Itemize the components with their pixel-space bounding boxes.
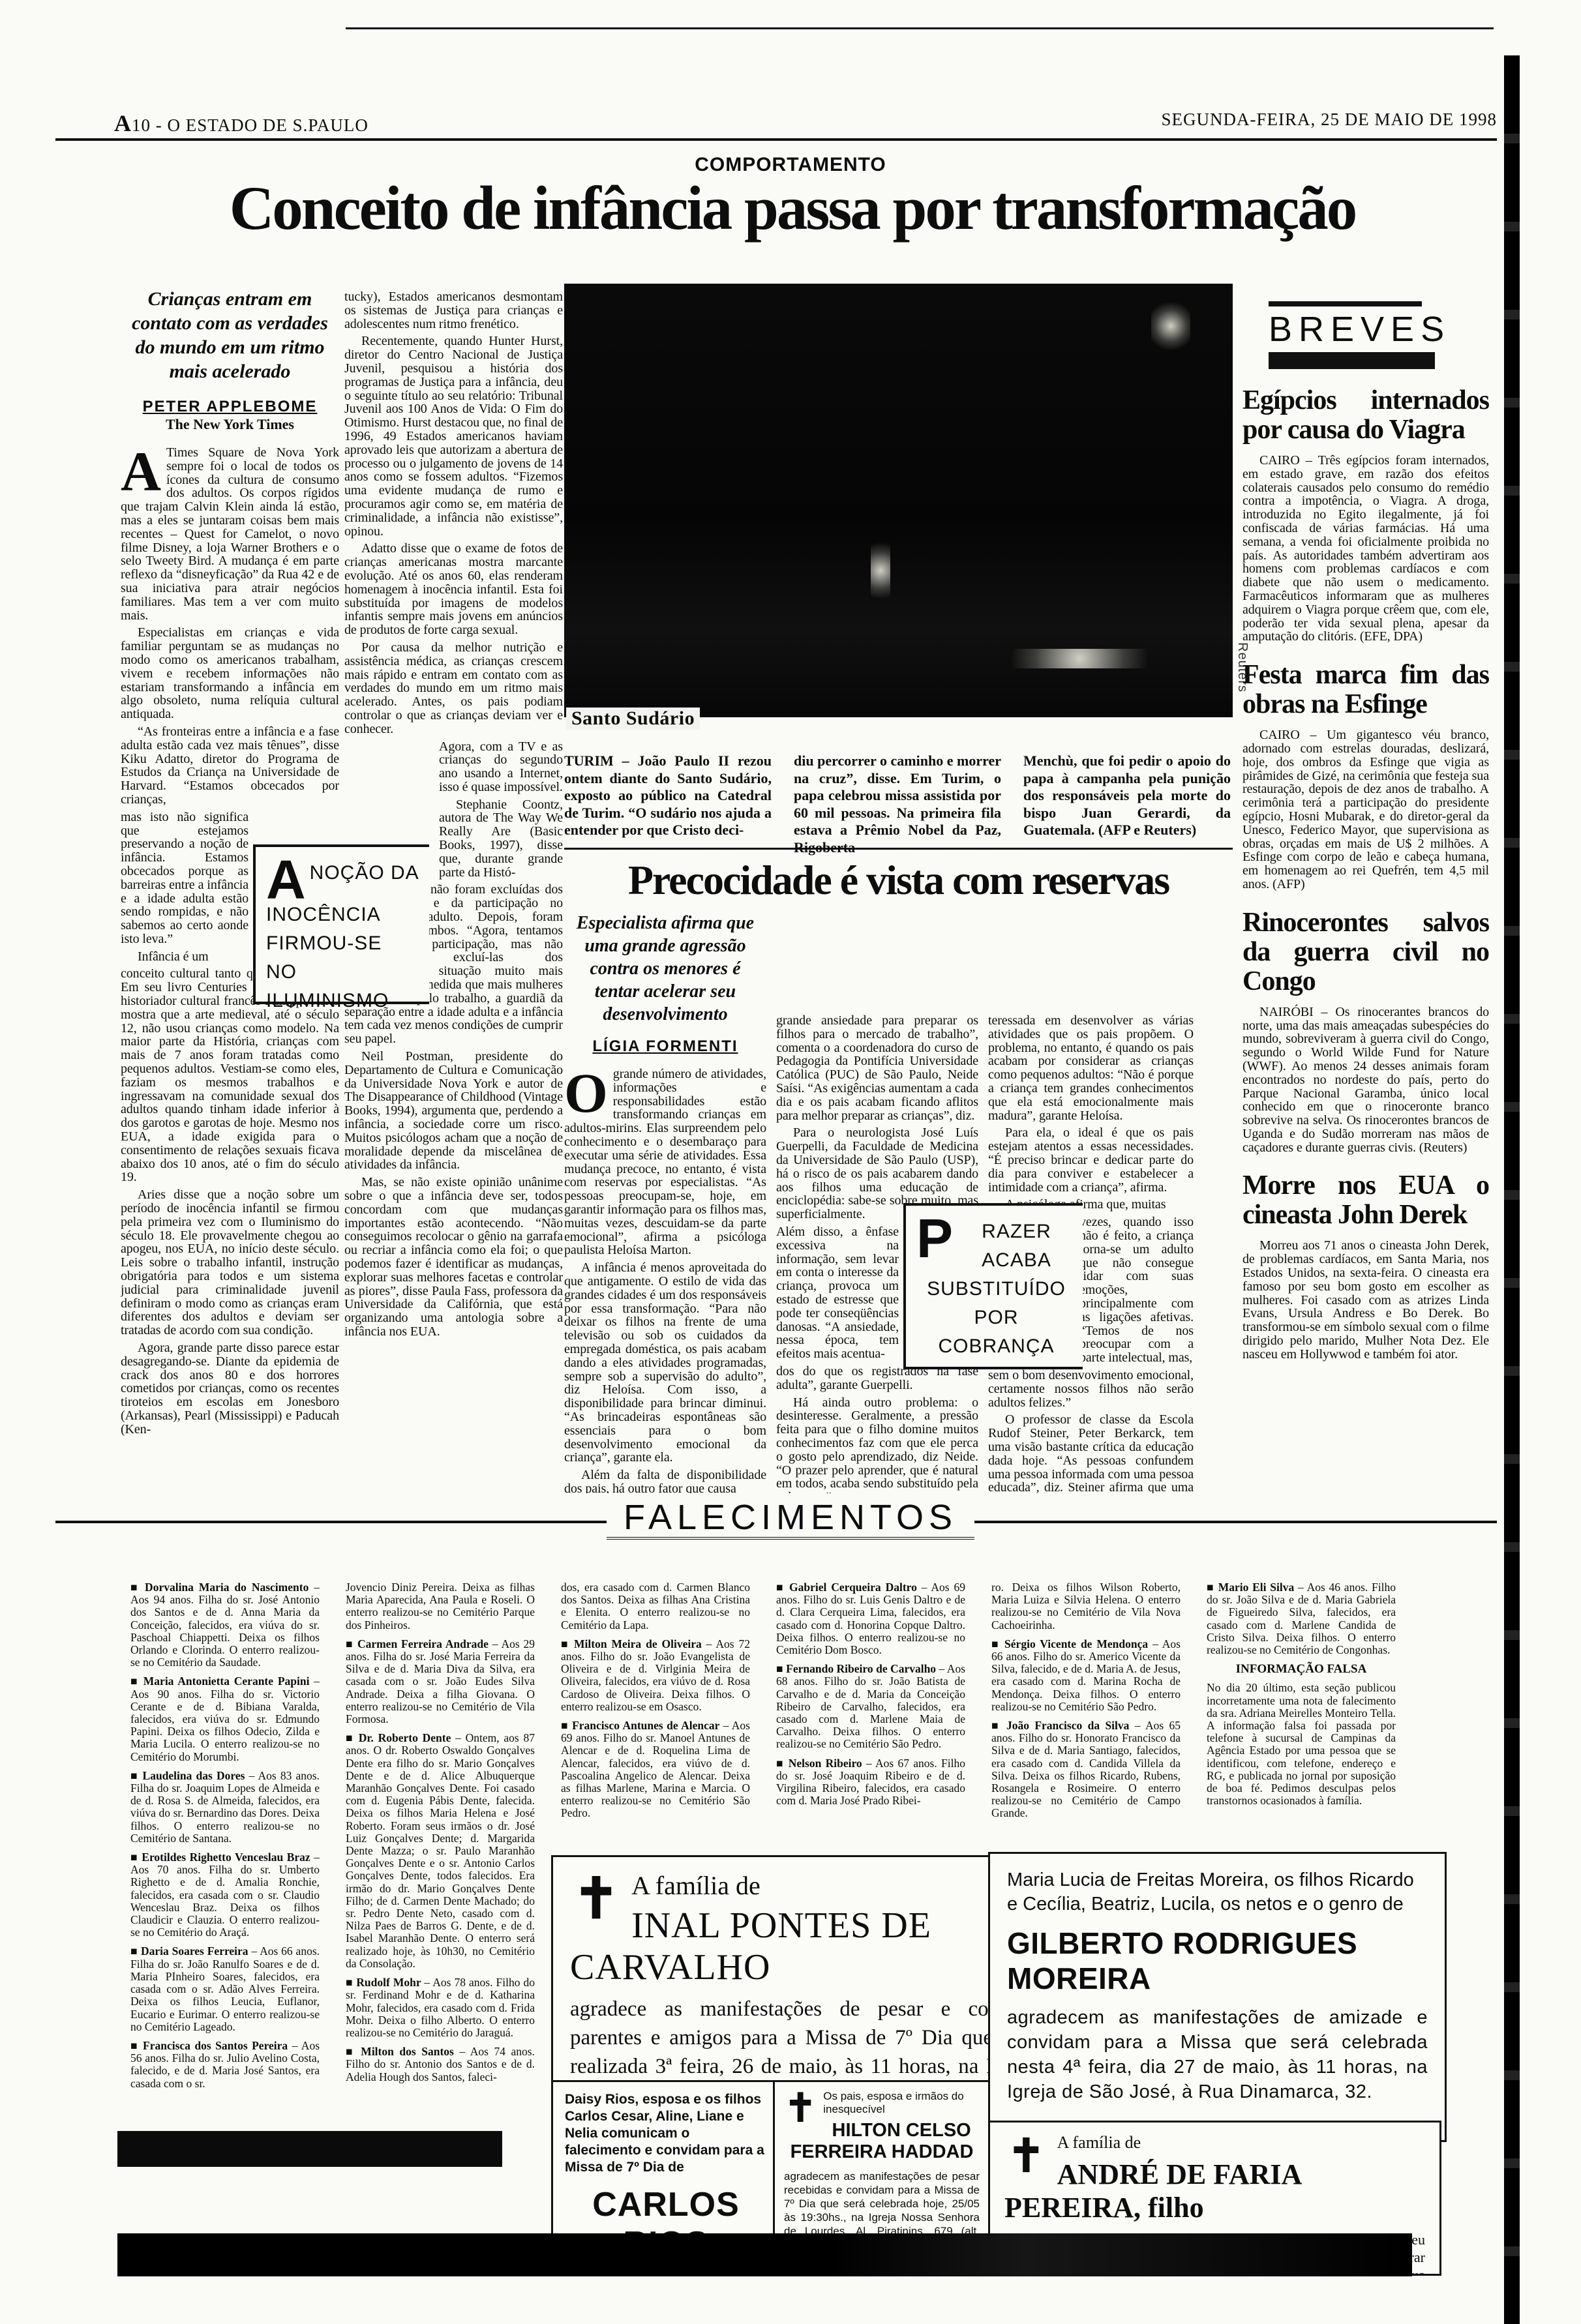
- obit-name: ■ Dorvalina Maria do Nascimento: [130, 1581, 314, 1594]
- obit-entry: ■ Carmen Ferreira Andrade – Aos 29 anos.…: [346, 1638, 535, 1725]
- obit-column-4: ■ Gabriel Cerqueira Daltro – Aos 69 anos…: [776, 1581, 965, 1842]
- candle-light: [871, 531, 890, 610]
- article-body-seg: tucky), Estados americanos desmontam os …: [344, 290, 563, 740]
- obit-box-name: INAL PONTES DE CARVALHO: [570, 1905, 1036, 1988]
- obit-name: ■ Maria Antonietta Cerante Papini: [130, 1675, 314, 1688]
- pew-highlights: [982, 649, 1177, 668]
- paragraph: A Times Square de Nova York sempre foi o…: [121, 446, 339, 622]
- obit-box-hilton: ✝ Os pais, esposa e irmãos do inesquecív…: [773, 2080, 991, 2242]
- breves-bar-top: [1269, 301, 1422, 306]
- obit-entry: dos, era casado com d. Carmen Blanco dos…: [561, 1581, 750, 1631]
- cross-icon: ✝: [784, 2090, 817, 2126]
- precocidade-byline: LÍGIA FORMENTI: [564, 1037, 766, 1056]
- precocidade-body-seg-narrow: Além disso, a ênfase excessiva na inform…: [776, 1225, 899, 1365]
- obit-entry: Jovencio Diniz Pereira. Deixa as filhas …: [346, 1581, 535, 1631]
- article-byline: PETER APPLEBOME: [121, 398, 339, 416]
- obit-box-name: GILBERTO RODRIGUES MOREIRA: [1007, 1926, 1428, 1996]
- scan-artifact-bar: [117, 2131, 502, 2167]
- obit-box-name: ANDRÉ DE FARIA PEREIRA, filho: [1004, 2158, 1425, 2224]
- brief-headline: Egípcios internados por causa do Viagra: [1242, 386, 1489, 445]
- section-kicker: COMPORTAMENTO: [0, 154, 1581, 176]
- article-deck: Crianças entram em contato com as verdad…: [125, 287, 335, 383]
- obit-name: ■ Gabriel Cerqueira Daltro: [776, 1581, 922, 1594]
- obit-subhead: INFORMAÇÃO FALSA: [1207, 1663, 1396, 1675]
- breves-label: BREVES: [1269, 309, 1489, 350]
- article-body-seg: conceito cultural tanto quanto biológico…: [121, 967, 339, 1440]
- precocidade-body-seg: sem o bom desenvovimento emocional, cert…: [988, 1369, 1194, 1493]
- obit-column-3: dos, era casado com d. Carmen Blanco dos…: [561, 1581, 750, 1842]
- pull-quote-initial: P: [916, 1217, 957, 1259]
- precocidade-body-seg: dos do que os registrados na fase adulta…: [776, 1365, 978, 1493]
- breves-items: Egípcios internados por causa do ViagraC…: [1242, 369, 1489, 1362]
- obit-name: ■ Francisca dos Santos Pereira: [130, 2039, 292, 2052]
- paragraph: Por causa da melhor nutrição e assistênc…: [344, 641, 563, 736]
- obit-name: ■ Milton dos Santos: [346, 2045, 459, 2058]
- paragraph: “As fronteiras entre a infância e a fase…: [121, 725, 339, 807]
- paragraph: teressada em desenvolver as várias ativi…: [988, 1014, 1194, 1122]
- obit-column-2: Jovencio Diniz Pereira. Deixa as filhas …: [346, 1581, 535, 2145]
- paragraph: mas isto não significa que estejamos pre…: [121, 811, 248, 946]
- scan-artifact-bar: [117, 2233, 1412, 2276]
- obit-entry: ■ Fernando Ribeiro de Carvalho – Aos 68 …: [776, 1663, 965, 1750]
- brief-body: NAIRÓBI – Os rinocerantes brancos do nor…: [1242, 1006, 1489, 1155]
- article-body-seg: A Times Square de Nova York sempre foi o…: [121, 446, 339, 811]
- photo-caption-row: TURIM – João Paulo II rezou ontem diante…: [564, 743, 1233, 850]
- article-byline-org: The New York Times: [121, 416, 339, 433]
- brief-item: Rinocerontes salvos da guerra civil no C…: [1242, 908, 1489, 1155]
- paragraph: O professor de classe da Escola Rudof St…: [988, 1413, 1194, 1493]
- obit-entry: No dia 20 último, esta seção publicou in…: [1207, 1682, 1396, 1807]
- obit-entry: ■ Daria Soares Ferreira – Aos 66 anos. F…: [130, 1945, 320, 2033]
- falecimentos-header: FALECIMENTOS: [607, 1498, 974, 1540]
- brief-headline: Rinocerontes salvos da guerra civil no C…: [1242, 908, 1489, 996]
- article-body-seg-narrow: Agora, com a TV e as crianças do segundo…: [439, 740, 563, 884]
- paragraph: Adatto disse que o exame de fotos de cri…: [344, 542, 563, 637]
- obit-name: ■ Fernando Ribeiro de Carvalho: [776, 1662, 939, 1675]
- pope-shroud-photo: [564, 284, 1233, 717]
- paragraph: Especialistas em crianças e vida familia…: [121, 626, 339, 721]
- newspaper-page: A10 - O ESTADO DE S.PAULO SEGUNDA-FEIRA,…: [0, 0, 1581, 2324]
- obit-name: ■ Dr. Roberto Dente: [346, 1731, 455, 1744]
- main-headline: Conceito de infância passa por transform…: [91, 177, 1494, 239]
- obit-box-family-line: A família de: [570, 1870, 1036, 1901]
- obit-box-carlos: Daisy Rios, esposa e os filhos Carlos Ce…: [551, 2080, 781, 2244]
- obit-entry: ■ Nelson Ribeiro – Aos 67 anos. Filho do…: [776, 1757, 965, 1808]
- paragraph: grande ansiedade para preparar os filhos…: [776, 1014, 978, 1122]
- paragraph: tucky), Estados americanos desmontam os …: [344, 290, 563, 331]
- breves-sidebar: BREVES Egípcios internados por causa do …: [1242, 301, 1489, 1500]
- obit-box-intro: Daisy Rios, esposa e os filhos Carlos Ce…: [565, 2091, 767, 2176]
- obit-entry: ■ Gabriel Cerqueira Daltro – Aos 69 anos…: [776, 1581, 965, 1656]
- obit-entry: ■ Dr. Roberto Dente – Ontem, aos 87 anos…: [346, 1732, 535, 1970]
- obit-name: ■ Mario Eli Silva: [1207, 1581, 1298, 1594]
- paragraph: Recentemente, quando Hunter Hurst, diret…: [344, 335, 563, 538]
- obit-entry: ■ Francisco Antunes de Alencar – Aos 69 …: [561, 1720, 750, 1820]
- obit-name: ■ Laudelina das Dores: [130, 1769, 249, 1782]
- obit-name: ■ Francisco Antunes de Alencar: [561, 1719, 723, 1732]
- brief-item: Festa marca fim das obras na EsfingeCAIR…: [1242, 661, 1489, 891]
- brief-body: Morreu aos 71 anos o cineasta John Derek…: [1242, 1239, 1489, 1361]
- paragraph: O grande número de atividades, informaçõ…: [564, 1067, 766, 1257]
- pull-quote-initial: A: [266, 859, 310, 901]
- obit-box-family-line: A família de: [1004, 2133, 1425, 2153]
- masthead-date: SEGUNDA-FEIRA, 25 DE MAIO DE 1998: [910, 110, 1497, 130]
- paragraph: Para ela, o ideal é que os pais estejam …: [988, 1126, 1194, 1194]
- obit-box-intro: Maria Lucia de Freitas Moreira, os filho…: [1007, 1868, 1428, 1916]
- paragraph: Infância é um: [121, 950, 248, 964]
- pull-quote-prazer: P RAZER ACABA SUBSTITUÍDO POR COBRANÇA: [903, 1203, 1083, 1369]
- paragraph: Agora, com a TV e as crianças do segundo…: [439, 740, 563, 794]
- precocidade-deck: Especialista afirma que uma grande agres…: [567, 912, 764, 1026]
- article-body-seg-narrow: mas isto não significa que estejamos pre…: [121, 811, 248, 968]
- paragraph: A infância é menos aproveitada do que an…: [564, 1261, 766, 1465]
- paragraph: Além da falta de disponibilidade dos pai…: [564, 1468, 766, 1493]
- obit-entry: ■ Dorvalina Maria do Nascimento – Aos 94…: [130, 1581, 320, 1669]
- paragraph: Aries disse que a noção sobre um período…: [121, 1188, 339, 1337]
- brief-headline: Morre nos EUA o cineasta John Derek: [1242, 1171, 1489, 1230]
- precocidade-body-seg: teressada em desenvolver as várias ativi…: [988, 1014, 1194, 1215]
- precocidade-headline: Precocidade é vista com reservas: [564, 859, 1233, 901]
- obit-name: ■ João Francisco da Silva: [991, 1719, 1135, 1732]
- brief-item: Egípcios internados por causa do ViagraC…: [1242, 386, 1489, 644]
- obit-column-1: ■ Dorvalina Maria do Nascimento – Aos 94…: [130, 1581, 320, 2145]
- obit-box-gilberto: Maria Lucia de Freitas Moreira, os filho…: [988, 1852, 1447, 2142]
- obit-entry: ■ Milton dos Santos – Aos 74 anos. Filho…: [346, 2046, 535, 2083]
- obit-entry: ■ Erotildes Righetto Venceslau Braz – Ao…: [130, 1851, 320, 1939]
- highlight: [1151, 297, 1190, 355]
- precocidade-body-seg: grande ansiedade para preparar os filhos…: [776, 1014, 978, 1225]
- caption-col: Menchù, que foi pedir o apoio do papa à …: [1023, 752, 1231, 839]
- falecimentos-header-wrap: FALECIMENTOS: [0, 1497, 1581, 1538]
- obit-entry: ■ Sérgio Vicente de Mendonça – Aos 66 an…: [991, 1638, 1181, 1713]
- obit-entry: ■ Laudelina das Dores – Aos 83 anos. Fil…: [130, 1770, 320, 1845]
- precocidade-body-seg-narrow: vezes, quando isso não é feito, a crianç…: [1079, 1215, 1194, 1369]
- obit-name: ■ Carmen Ferreira Andrade: [346, 1637, 492, 1650]
- obit-entry: ■ Milton Meira de Oliveira – Aos 72 anos…: [561, 1638, 750, 1713]
- masthead-page-title: A10 - O ESTADO DE S.PAULO: [114, 110, 701, 137]
- paragraph: vezes, quando isso não é feito, a crianç…: [1079, 1215, 1194, 1365]
- photo-overlay-label: Santo Sudário: [566, 708, 700, 730]
- obit-box-body: agradecem as manifestações de pesar rece…: [784, 2169, 980, 2242]
- paragraph: sem o bom desenvovimento emocional, cert…: [988, 1369, 1194, 1409]
- pull-quote-innocence: A NOÇÃO DA INOCÊNCIA FIRMOU-SE NO ILUMIN…: [253, 844, 429, 1004]
- obit-column-6: ■ Mario Eli Silva – Aos 46 anos. Filho d…: [1207, 1581, 1396, 1839]
- breves-bar-bottom: [1269, 352, 1435, 369]
- top-hairline: [346, 27, 1494, 29]
- brief-body: CAIRO – Três egípcios foram internados, …: [1242, 454, 1489, 644]
- obit-box-body: agradecem as manifestações de amizade e …: [1007, 2005, 1428, 2104]
- obit-entry: ■ Francisca dos Santos Pereira – Aos 56 …: [130, 2040, 320, 2090]
- paragraph: Além disso, a ênfase excessiva na inform…: [776, 1225, 899, 1361]
- obit-entry: ■ Rudolf Mohr – Aos 78 anos. Filho do sr…: [346, 1976, 535, 2039]
- paragraph: Stephanie Coontz, autora de The Way We R…: [439, 798, 563, 880]
- cross-icon: ✝: [573, 1873, 620, 1925]
- obit-name: ■ Daria Soares Ferreira: [130, 1944, 251, 1958]
- obit-name: ■ Sérgio Vicente de Mendonça: [991, 1637, 1152, 1650]
- brief-item: Morre nos EUA o cineasta John DerekMorre…: [1242, 1171, 1489, 1361]
- obit-name: ■ Nelson Ribeiro: [776, 1757, 866, 1770]
- brief-headline: Festa marca fim das obras na Esfinge: [1242, 661, 1489, 719]
- obit-name: ■ Rudolf Mohr: [346, 1976, 424, 1989]
- obit-column-5: ro. Deixa os filhos Wilson Roberto, Mari…: [991, 1581, 1181, 1839]
- obit-box-inal: ✝ A família de INAL PONTES DE CARVALHO a…: [551, 1855, 1055, 2087]
- obit-entry: ro. Deixa os filhos Wilson Roberto, Mari…: [991, 1581, 1181, 1631]
- caption-col: TURIM – João Paulo II rezou ontem diante…: [564, 752, 772, 839]
- paragraph: Agora, grande parte disso parece estar d…: [121, 1341, 339, 1437]
- obit-name: ■ Erotildes Righetto Venceslau Braz: [130, 1851, 314, 1864]
- cross-icon: ✝: [1007, 2136, 1046, 2179]
- paragraph: Neil Postman, presidente do Departamento…: [344, 1050, 563, 1172]
- paragraph: Mas, se não existe opinião unânime sobre…: [344, 1176, 563, 1339]
- brief-body: CAIRO – Um gigantesco véu branco, adorna…: [1242, 728, 1489, 891]
- obit-entry: ■ Mario Eli Silva – Aos 46 anos. Filho d…: [1207, 1581, 1396, 1656]
- paragraph: Há ainda outro problema: o desinteresse.…: [776, 1396, 978, 1493]
- masthead-rule: [55, 138, 1497, 141]
- obit-entry: ■ Maria Antonietta Cerante Papini – Aos …: [130, 1675, 320, 1763]
- scan-artifact-edge: [1504, 55, 1520, 2324]
- obit-box-body: agradece as manifestações de pesar e con…: [570, 1995, 1036, 2087]
- caption-col: diu percorrer o caminho e morrer na cruz…: [794, 752, 1001, 856]
- obit-entry: ■ João Francisco da Silva – Aos 65 anos.…: [991, 1720, 1181, 1820]
- precocidade-col1: Especialista afirma que uma grande agres…: [564, 912, 766, 1493]
- precocidade-body-seg: O grande número de atividades, informaçõ…: [564, 1067, 766, 1493]
- obit-name: ■ Milton Meira de Oliveira: [561, 1637, 706, 1650]
